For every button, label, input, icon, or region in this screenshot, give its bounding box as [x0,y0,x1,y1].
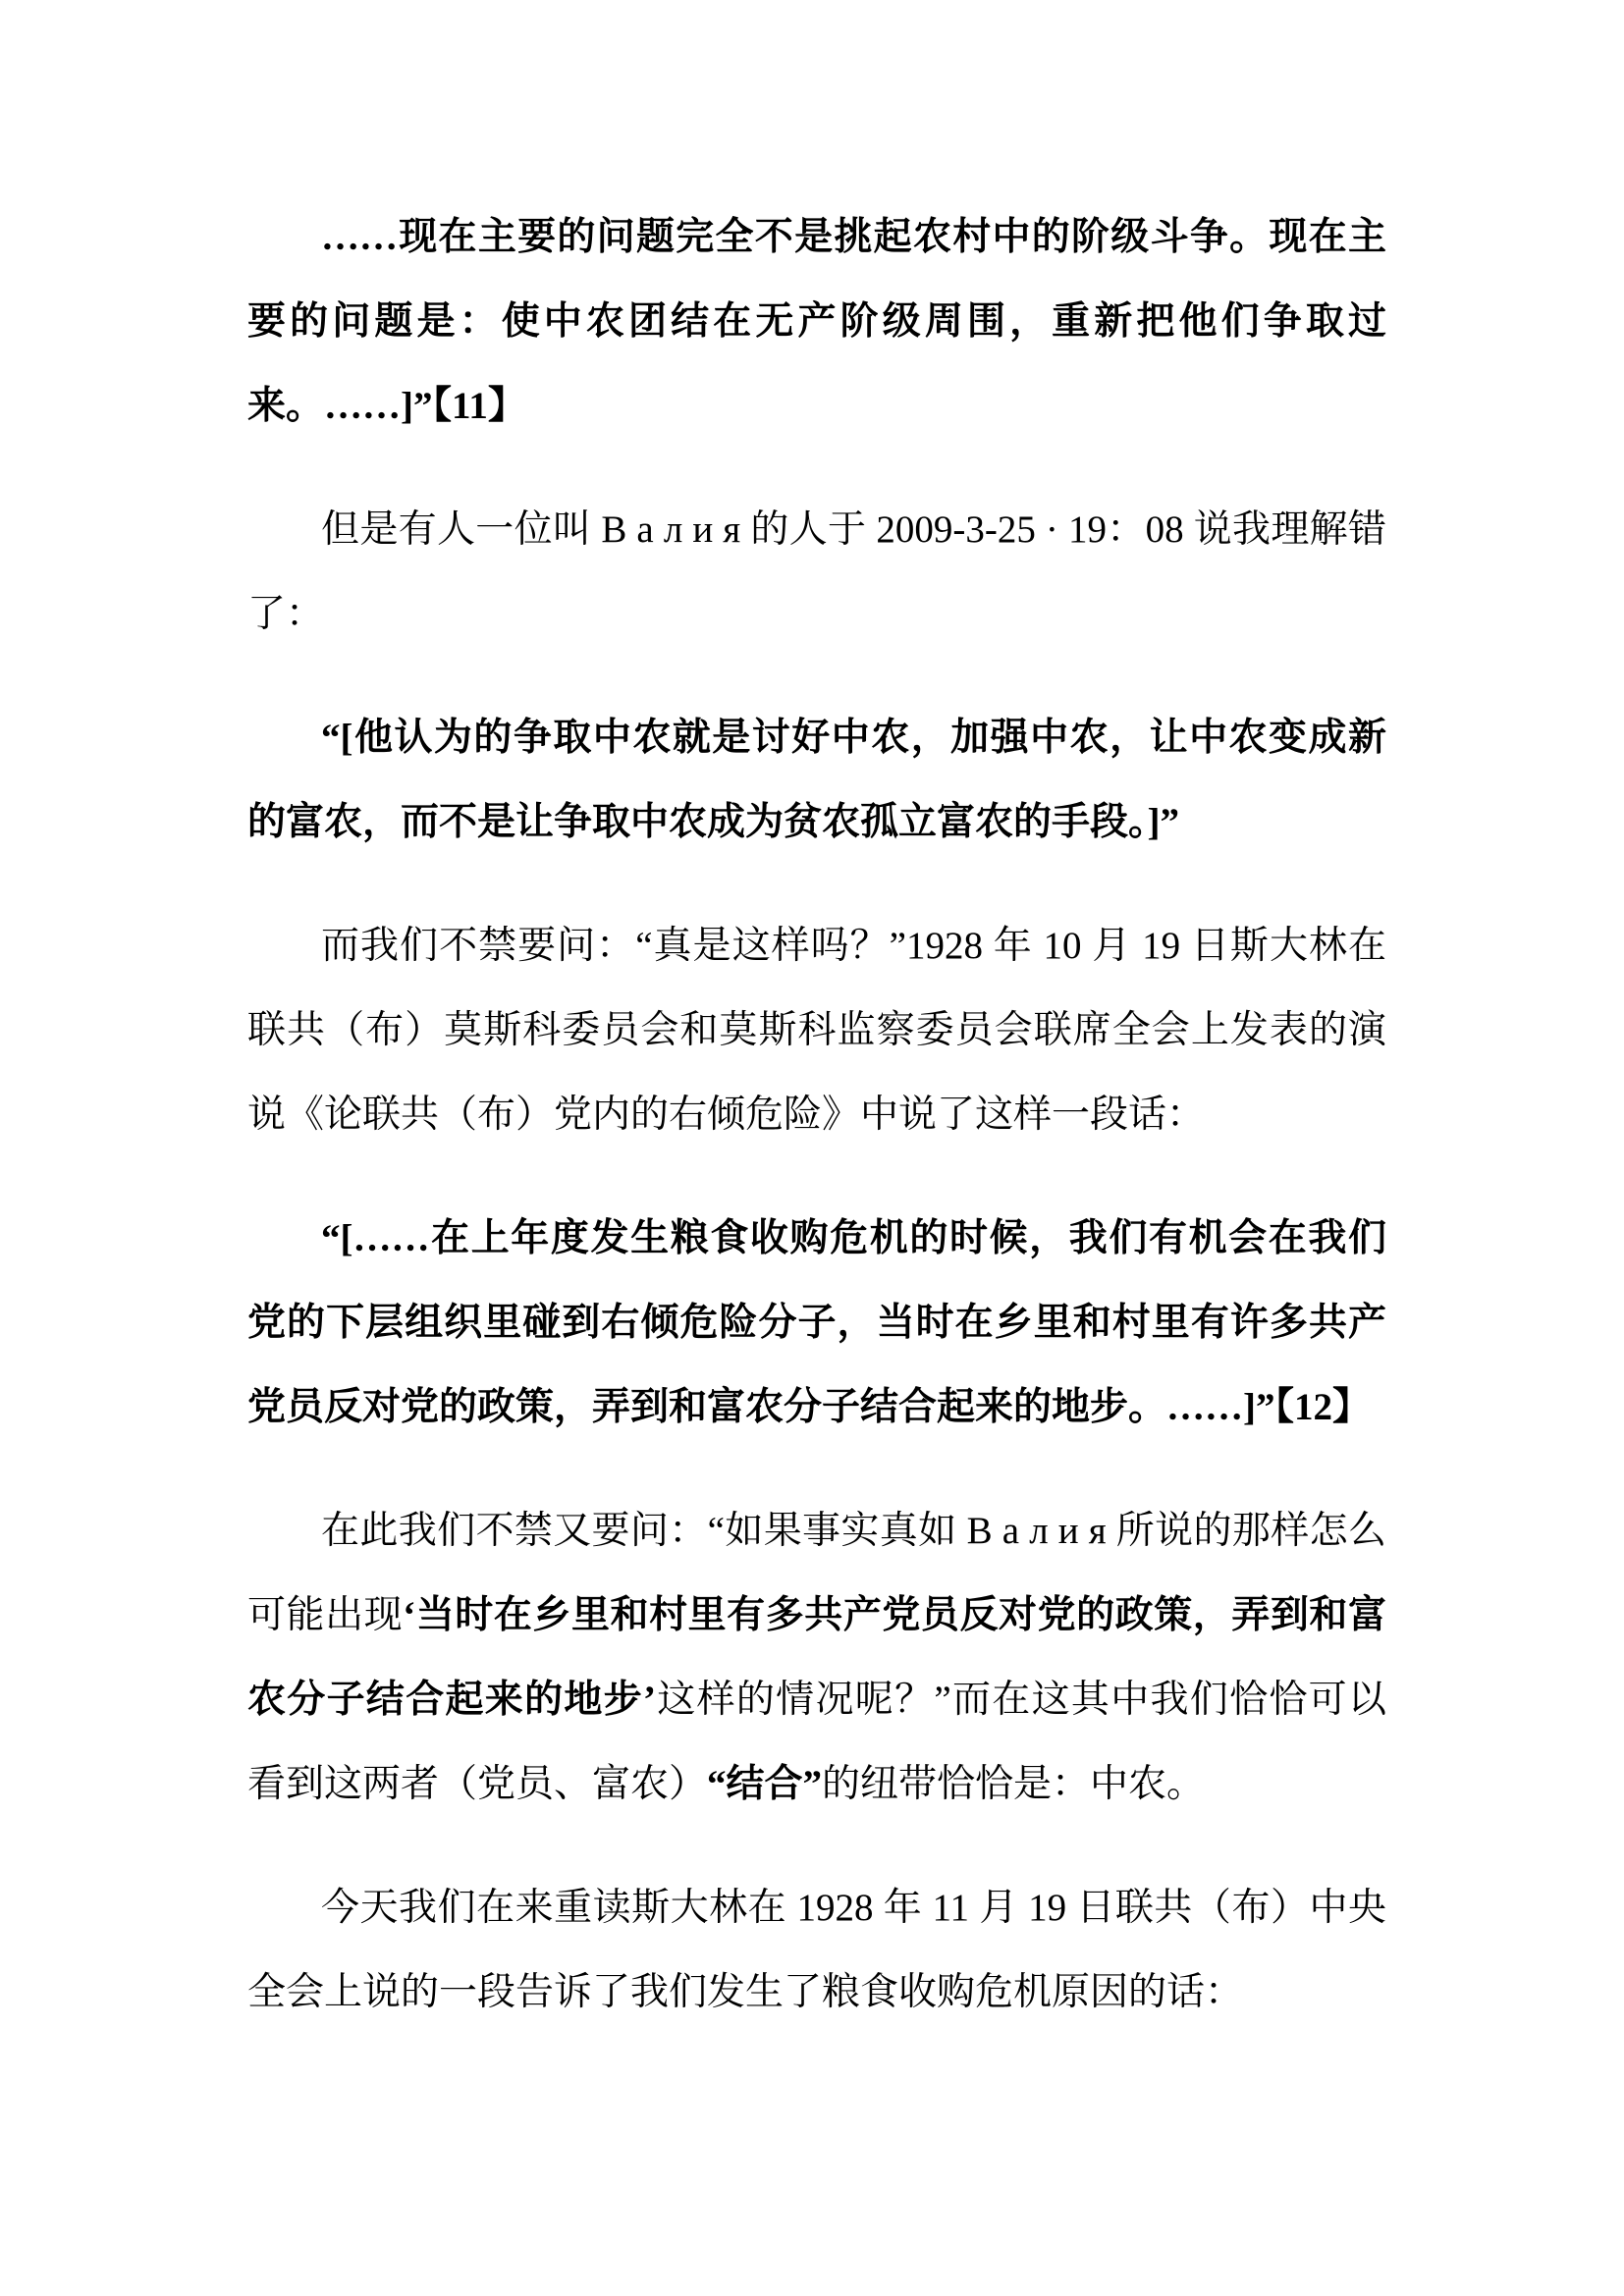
paragraph-stalin-quote-grain-crisis: “[……在上年度发生粮食收购危机的时候，我们有机会在我们党的下层组织里碰到右倾危… [247,1197,1386,1450]
document-body: ……现在主要的问题完全不是挑起农村中的阶级斗争。现在主要的问题是：使中农团结在无… [0,0,1624,2035]
bold-text-run: “[……在上年度发生粮食收购危机的时候，我们有机会在我们党的下层组织里碰到右倾危… [247,1217,1386,1428]
paragraph-valiya-quote: “[他认为的争取中农就是讨好中农，加强中农，让中农变成新的富农，而不是让争取中农… [247,696,1386,865]
paragraph-reread-stalin-intro: 今天我们在来重读斯大林在 1928 年 11 月 19 日联共（布）中央全会上说… [247,1866,1386,2035]
paragraph-second-question: 在此我们不禁又要问：“如果事实真如 В а л и я 所说的那样怎么可能出现‘… [247,1489,1386,1827]
text-run: 的纽带恰恰是：中农。 [822,1763,1205,1805]
document-page: ……现在主要的问题完全不是挑起农村中的阶级斗争。现在主要的问题是：使中农团结在无… [0,0,1624,2296]
text-run: 今天我们在来重读斯大林在 1928 年 11 月 19 日联共（布）中央全会上说… [247,1887,1386,2013]
bold-text-run: “[他认为的争取中农就是讨好中农，加强中农，让中农变成新的富农，而不是让争取中农… [247,717,1386,843]
bold-text-run: ……现在主要的问题完全不是挑起农村中的阶级斗争。现在主要的问题是：使中农团结在无… [247,216,1386,427]
bold-text-run: “结合” [707,1763,822,1805]
paragraph-question-and-speech-intro: 而我们不禁要问：“真是这样吗？”1928 年 10 月 19 日斯大林在联共（布… [247,904,1386,1157]
paragraph-valiya-comment-intro: 但是有人一位叫 В а л и я 的人于 2009-3-25 · 19：08 … [247,488,1386,657]
paragraph-stalin-quote-middle-peasants: ……现在主要的问题完全不是挑起农村中的阶级斗争。现在主要的问题是：使中农团结在无… [247,195,1386,449]
text-run: 但是有人一位叫 В а л и я 的人于 2009-3-25 · 19：08 … [247,508,1386,635]
text-run: 而我们不禁要问：“真是这样吗？”1928 年 10 月 19 日斯大林在联共（布… [247,925,1386,1136]
